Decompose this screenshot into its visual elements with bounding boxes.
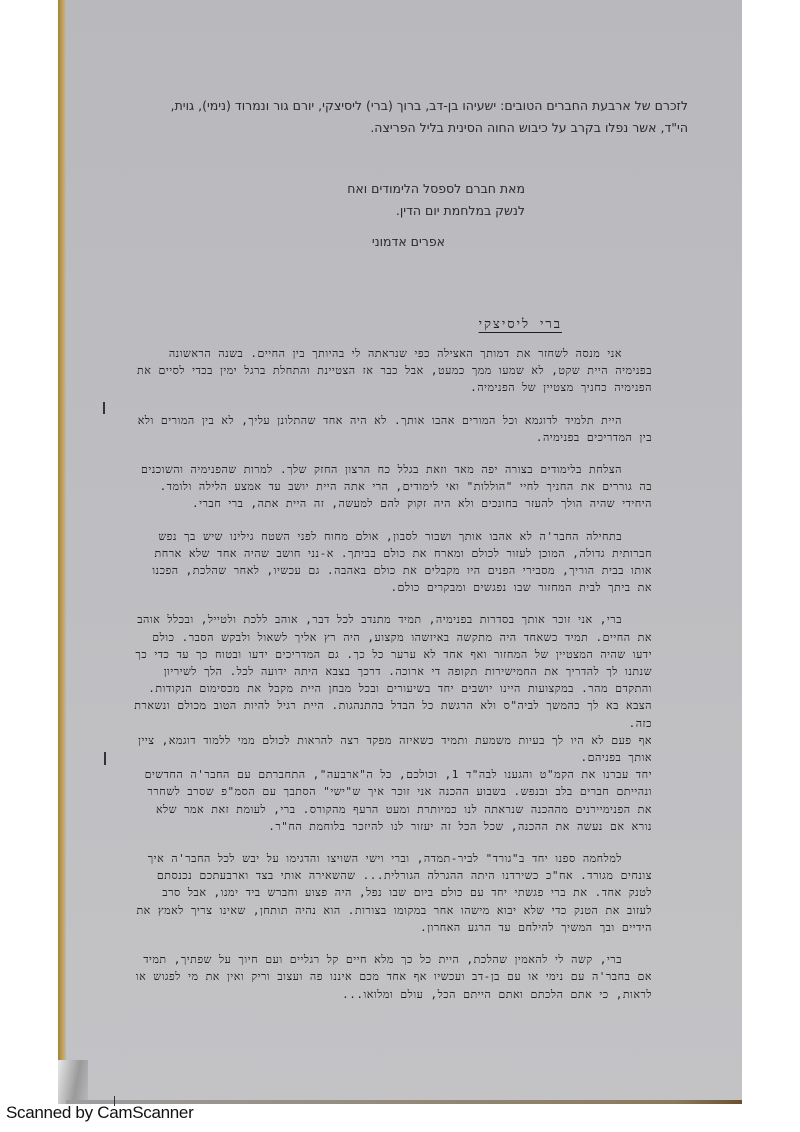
from-line: לנשק במלחמת יום הדין. [225,200,525,222]
from-block: מאת חברם לספסל הלימודים ואח לנשק במלחמת … [225,178,525,222]
dedication: לזכרם של ארבעת החברים הטובים: ישעיהו בן-… [168,95,688,139]
from-line: מאת חברם לספסל הלימודים ואח [225,178,525,200]
memorial-text: אני מנסה לשחזר את דמותך האצילה כפי שנראת… [132,345,652,1018]
dedication-line: הי"ד, אשר נפלו בקרב על כיבוש החוה הסינית… [168,117,688,139]
margin-mark [103,402,105,414]
paragraph: הצלחת בלימודים בצורה יפה מאד וזאת בגלל כ… [132,461,652,513]
paragraph: ברי, אני זוכר אותך בסדרות בפנימיה, תמיד … [132,611,652,731]
paragraph: יחד עברנו את הקמ"ט והגענו לבה"ד 1, וכולכ… [132,766,652,835]
paragraph: אני מנסה לשחזר את דמותך האצילה כפי שנראת… [132,345,652,397]
author-name: אפרים אדמוני [372,234,445,249]
paragraph: אף פעם לא היו לך בעיות משמעת ותמיד כשאיז… [132,732,652,766]
paragraph: ברי, קשה לי להאמין שהלכת, היית כל כך מלא… [132,951,652,1003]
page-edge-shadow [58,0,66,1060]
dedication-line: לזכרם של ארבעת החברים הטובים: ישעיהו בן-… [168,95,688,117]
margin-mark [104,752,106,765]
document-page: לזכרם של ארבעת החברים הטובים: ישעיהו בן-… [70,0,730,1100]
section-title: ברי ליסיצקי [479,316,562,332]
paragraph: למלחמה ספנו יחד ב"גורד" לביר-תמדה, וברי … [132,850,652,936]
scanner-watermark: Scanned by CamScanner [6,1103,193,1123]
paragraph: היית תלמיד לדוגמא וכל המורים אהבו אותך. … [132,412,652,446]
paragraph: בתחילה החבר'ה לא אהבו אותך ושבור לסבון, … [132,528,652,597]
